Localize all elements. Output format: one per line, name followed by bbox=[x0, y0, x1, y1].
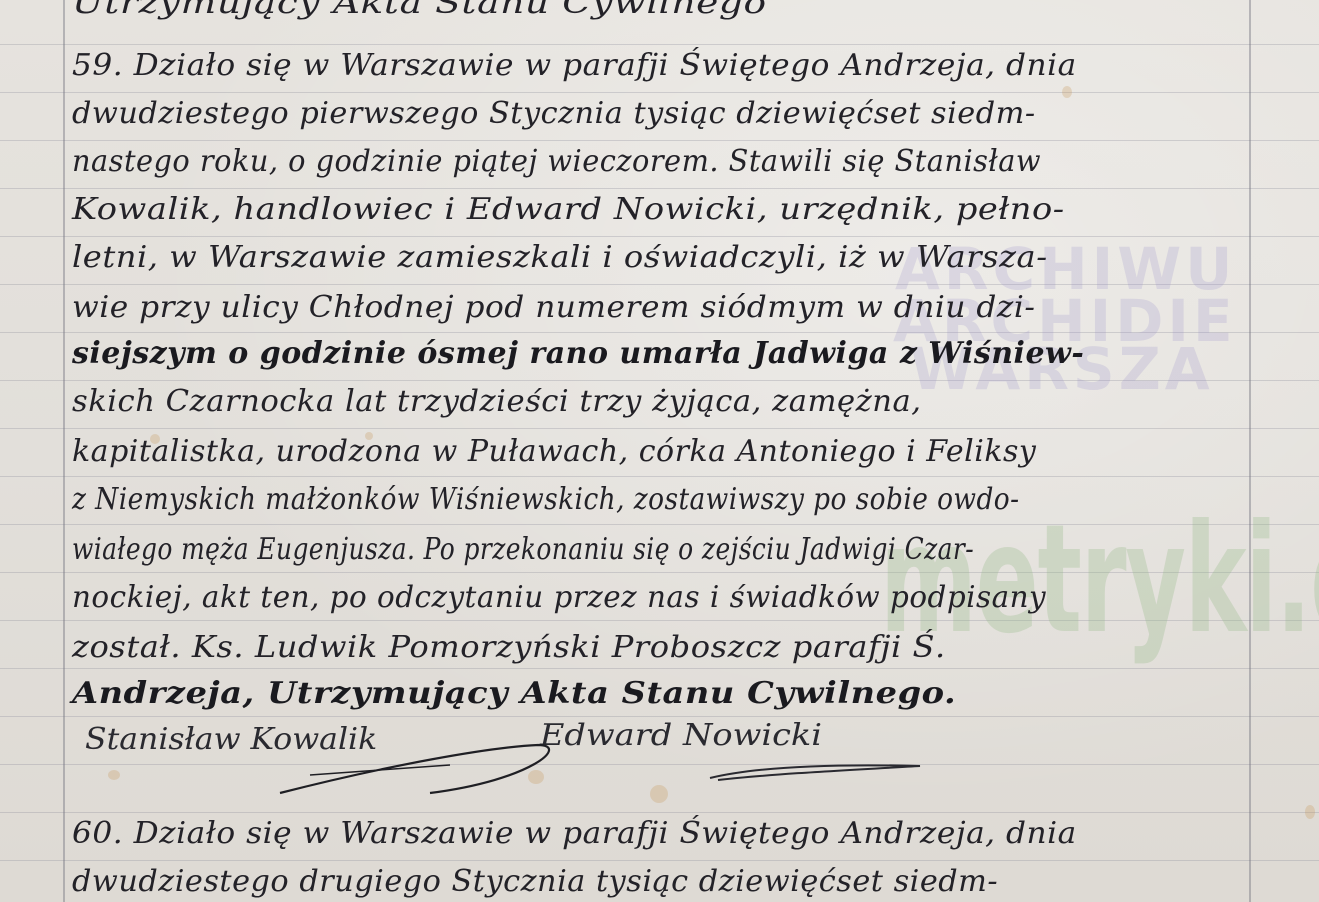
ruled-line bbox=[0, 764, 1319, 765]
record-59-line-2: dwudziestego pierwszego Stycznia tysiąc … bbox=[72, 96, 1036, 131]
paper-stain bbox=[1305, 805, 1315, 819]
record-59-line-7: siejszym o godzinie ósmej rano umarła Ja… bbox=[72, 336, 1084, 371]
previous-record-fragment: Utrzymujący Akta Stanu Cywilnego bbox=[72, 0, 767, 21]
ruled-line bbox=[0, 860, 1319, 861]
record-59-line-4: Kowalik, handlowiec i Edward Nowicki, ur… bbox=[72, 192, 1065, 227]
signature-flourish-kowalik bbox=[270, 725, 570, 805]
record-59-line-14: Andrzeja, Utrzymujący Akta Stanu Cywilne… bbox=[72, 676, 956, 711]
record-text: Działo się w Warszawie w parafji Święteg… bbox=[134, 48, 1077, 83]
ruled-line bbox=[0, 188, 1319, 189]
record-59-line-6: wie przy ulicy Chłodnej pod numerem siód… bbox=[72, 290, 1035, 325]
ruled-line bbox=[0, 140, 1319, 141]
paper-stain bbox=[108, 770, 120, 780]
record-text: skich Czarnocka lat trzydzieści trzy żyj… bbox=[72, 384, 922, 419]
ruled-line bbox=[0, 92, 1319, 93]
ruled-line bbox=[0, 668, 1319, 669]
register-page: ARCHIWU ARCHIDIE WARSZA metryki.ge Utrzy… bbox=[0, 0, 1319, 902]
ruled-line bbox=[0, 428, 1319, 429]
ruled-line bbox=[0, 44, 1319, 45]
record-number: 59. bbox=[72, 48, 123, 83]
ruled-line bbox=[0, 716, 1319, 717]
record-59-line-9: kapitalistka, urodzona w Puławach, córka… bbox=[72, 434, 1036, 469]
record-number: 60. bbox=[72, 816, 123, 851]
record-59-line-12: nockiej, akt ten, po odczytaniu przez na… bbox=[72, 580, 1046, 615]
left-margin-line bbox=[63, 0, 65, 902]
record-59-line-10: z Niemyskich małżonków Wiśniewskich, zos… bbox=[72, 482, 1020, 517]
record-text: Działo się w Warszawie w parafji Święteg… bbox=[134, 816, 1077, 851]
signature-flourish-nowicki bbox=[700, 758, 930, 798]
paper-stain bbox=[650, 785, 668, 803]
record-59-line-3: nastego roku, o godzinie piątej wieczore… bbox=[72, 144, 1041, 179]
record-59-line-1: 59. Działo się w Warszawie w parafji Świ… bbox=[72, 48, 1077, 83]
right-margin-line bbox=[1249, 0, 1251, 902]
paper-stain bbox=[1062, 86, 1072, 98]
record-60-line-2: dwudziestego drugiego Stycznia tysiąc dz… bbox=[72, 864, 998, 899]
record-59-line-11: wiałego męża Eugenjusza. Po przekonaniu … bbox=[72, 532, 974, 567]
record-59-line-13: został. Ks. Ludwik Pomorzyński Proboszcz… bbox=[72, 630, 946, 665]
record-59-line-8: skich Czarnocka lat trzydzieści trzy żyj… bbox=[72, 384, 922, 419]
record-59-line-5: letni, w Warszawie zamieszkali i oświadc… bbox=[72, 240, 1048, 275]
record-60-line-1: 60. Działo się w Warszawie w parafji Świ… bbox=[72, 816, 1077, 851]
signature-edward-nowicki: Edward Nowicki bbox=[540, 718, 822, 753]
ruled-line bbox=[0, 812, 1319, 813]
ruled-line bbox=[0, 476, 1319, 477]
